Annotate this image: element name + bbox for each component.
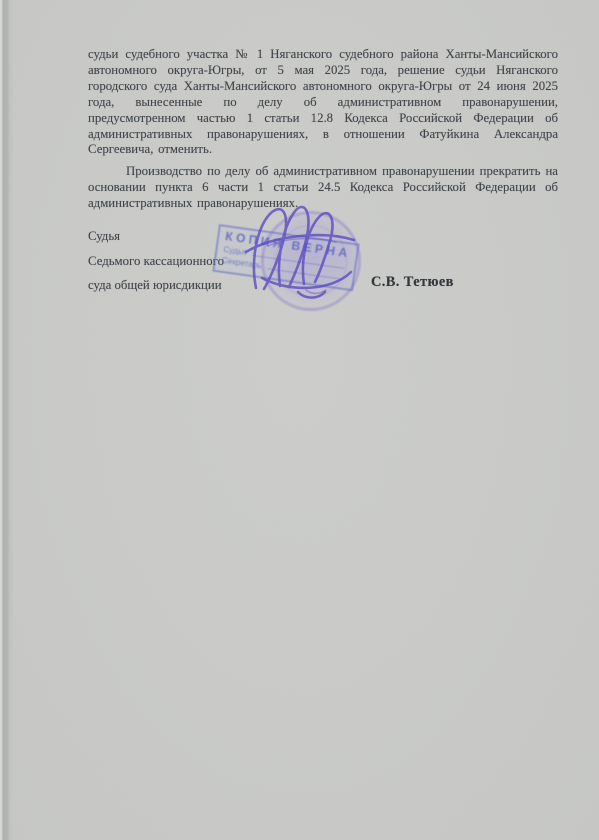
copy-verna-stamp: КОПИЯ ВЕРНА Судья Секретарь — [212, 224, 359, 291]
copy-verna-stamp-secretary-label: Секретарь — [221, 256, 262, 270]
copy-verna-stamp-title: КОПИЯ ВЕРНА — [224, 229, 351, 260]
ruling-paragraph-2: Производство по делу об административном… — [88, 164, 558, 212]
handwritten-signature — [238, 196, 368, 306]
signatory-role-line-2: Седьмого кассационного — [88, 254, 224, 279]
signatory-name: С.В. Тетюев — [371, 274, 454, 291]
signatory-role-line-1: Судья — [88, 229, 224, 254]
copy-verna-stamp-secretary-row: Секретарь — [221, 256, 347, 282]
copy-verna-stamp-judge-label: Судья — [223, 245, 247, 257]
signature-block: Судья Седьмого кассационного суда общей … — [88, 229, 224, 303]
round-seal-stamp — [261, 211, 361, 311]
signatory-role-line-3: суда общей юрисдикции — [88, 278, 224, 303]
copy-verna-stamp-secretary-rule — [267, 267, 343, 280]
copy-verna-stamp-judge-rule — [252, 254, 344, 269]
scanned-court-document-page: судьи судебного участка № 1 Няганского с… — [0, 0, 599, 840]
scan-left-edge — [0, 0, 14, 840]
ruling-paragraph-1: судьи судебного участка № 1 Няганского с… — [88, 47, 558, 158]
copy-verna-stamp-judge-row: Судья — [223, 245, 349, 271]
ruling-text-block: судьи судебного участка № 1 Няганского с… — [88, 47, 558, 212]
